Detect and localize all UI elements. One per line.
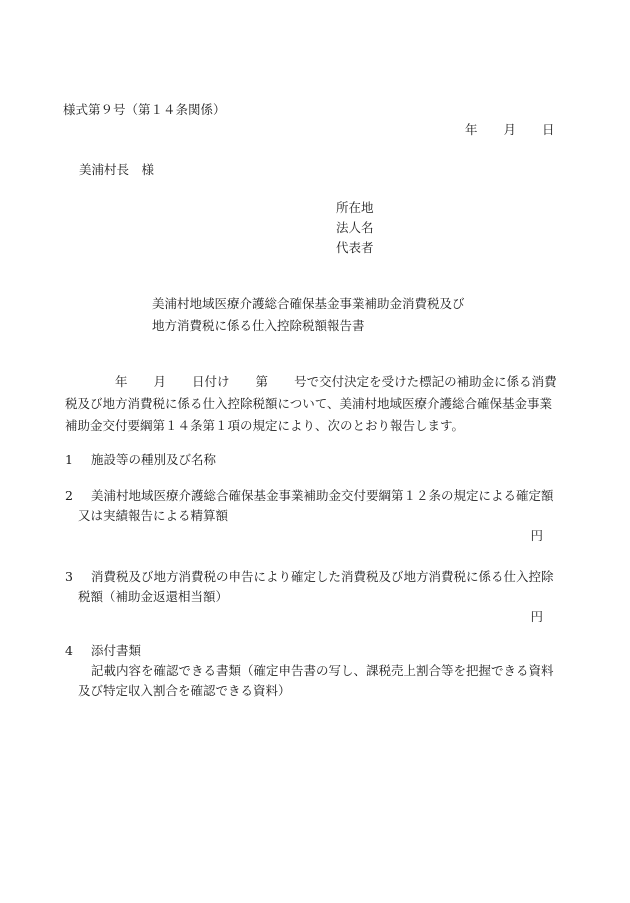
item-2: 2美浦村地域医療介護総合確保基金事業補助金交付要綱第１２条の規定による確定額 又… [65,486,585,546]
item-2-number: 2 [65,486,91,506]
addressee: 美浦村長 様 [79,160,154,180]
body-line-2: 税及び地方消費税に係る仕入控除税額について、美浦村地域医療介護総合確保基金事業 [65,394,585,416]
body-line-3: 補助金交付要綱第１４条第１項の規定により、次のとおり報告します。 [65,416,585,438]
body-paragraph: 年月日付け第号で交付決定を受けた標記の補助金に係る消費 税及び地方消費税に係る仕… [65,372,585,438]
month-label: 月 [504,120,517,140]
item-4-line-2: 記載内容を確認できる書類（確定申告書の写し、課税売上割合等を把握できる資料 [65,661,585,681]
applicant-block: 所在地 法人名 代表者 [336,198,374,258]
title-line-2: 地方消費税に係る仕入控除税額報告書 [152,316,465,338]
location-label: 所在地 [336,198,374,218]
item-4-number: 4 [65,641,91,661]
item-4-line-3: 及び特定収入割合を確認できる資料） [65,681,585,701]
body-line-1-rest: 号で交付決定を受けた標記の補助金に係る消費 [294,374,557,389]
item-3-line-2: 税額（補助金返還相当額） [65,587,585,607]
representative-label: 代表者 [336,238,374,258]
year-label: 年 [465,120,478,140]
body-no-label: 第 [256,374,269,389]
item-1-number: 1 [65,450,91,470]
item-3: 3消費税及び地方消費税の申告により確定した消費税及び地方消費税に係る仕入控除 税… [65,567,585,627]
item-4-heading: 添付書類 [91,643,141,658]
form-number: 様式第９号（第１４条関係） [63,100,226,120]
item-3-number: 3 [65,567,91,587]
body-day-label: 日付け [192,374,230,389]
item-2-line-1: 美浦村地域医療介護総合確保基金事業補助金交付要綱第１２条の規定による確定額 [91,488,554,503]
item-1-text: 施設等の種別及び名称 [91,452,216,467]
item-4: 4添付書類 記載内容を確認できる書類（確定申告書の写し、課税売上割合等を把握でき… [65,641,585,701]
date-line: 年月日 [465,120,555,140]
body-year-label: 年 [115,374,128,389]
corporation-label: 法人名 [336,218,374,238]
item-1: 1施設等の種別及び名称 [65,450,585,470]
day-label: 日 [542,120,555,140]
item-3-yen-unit: 円 [65,607,585,627]
item-3-line-1: 消費税及び地方消費税の申告により確定した消費税及び地方消費税に係る仕入控除 [91,569,554,584]
body-month-label: 月 [154,374,167,389]
body-line-1: 年月日付け第号で交付決定を受けた標記の補助金に係る消費 [65,372,585,394]
item-2-yen-unit: 円 [65,526,585,546]
item-2-line-2: 又は実績報告による精算額 [65,506,585,526]
document-title: 美浦村地域医療介護総合確保基金事業補助金消費税及び 地方消費税に係る仕入控除税額… [152,294,465,338]
title-line-1: 美浦村地域医療介護総合確保基金事業補助金消費税及び [152,294,465,316]
